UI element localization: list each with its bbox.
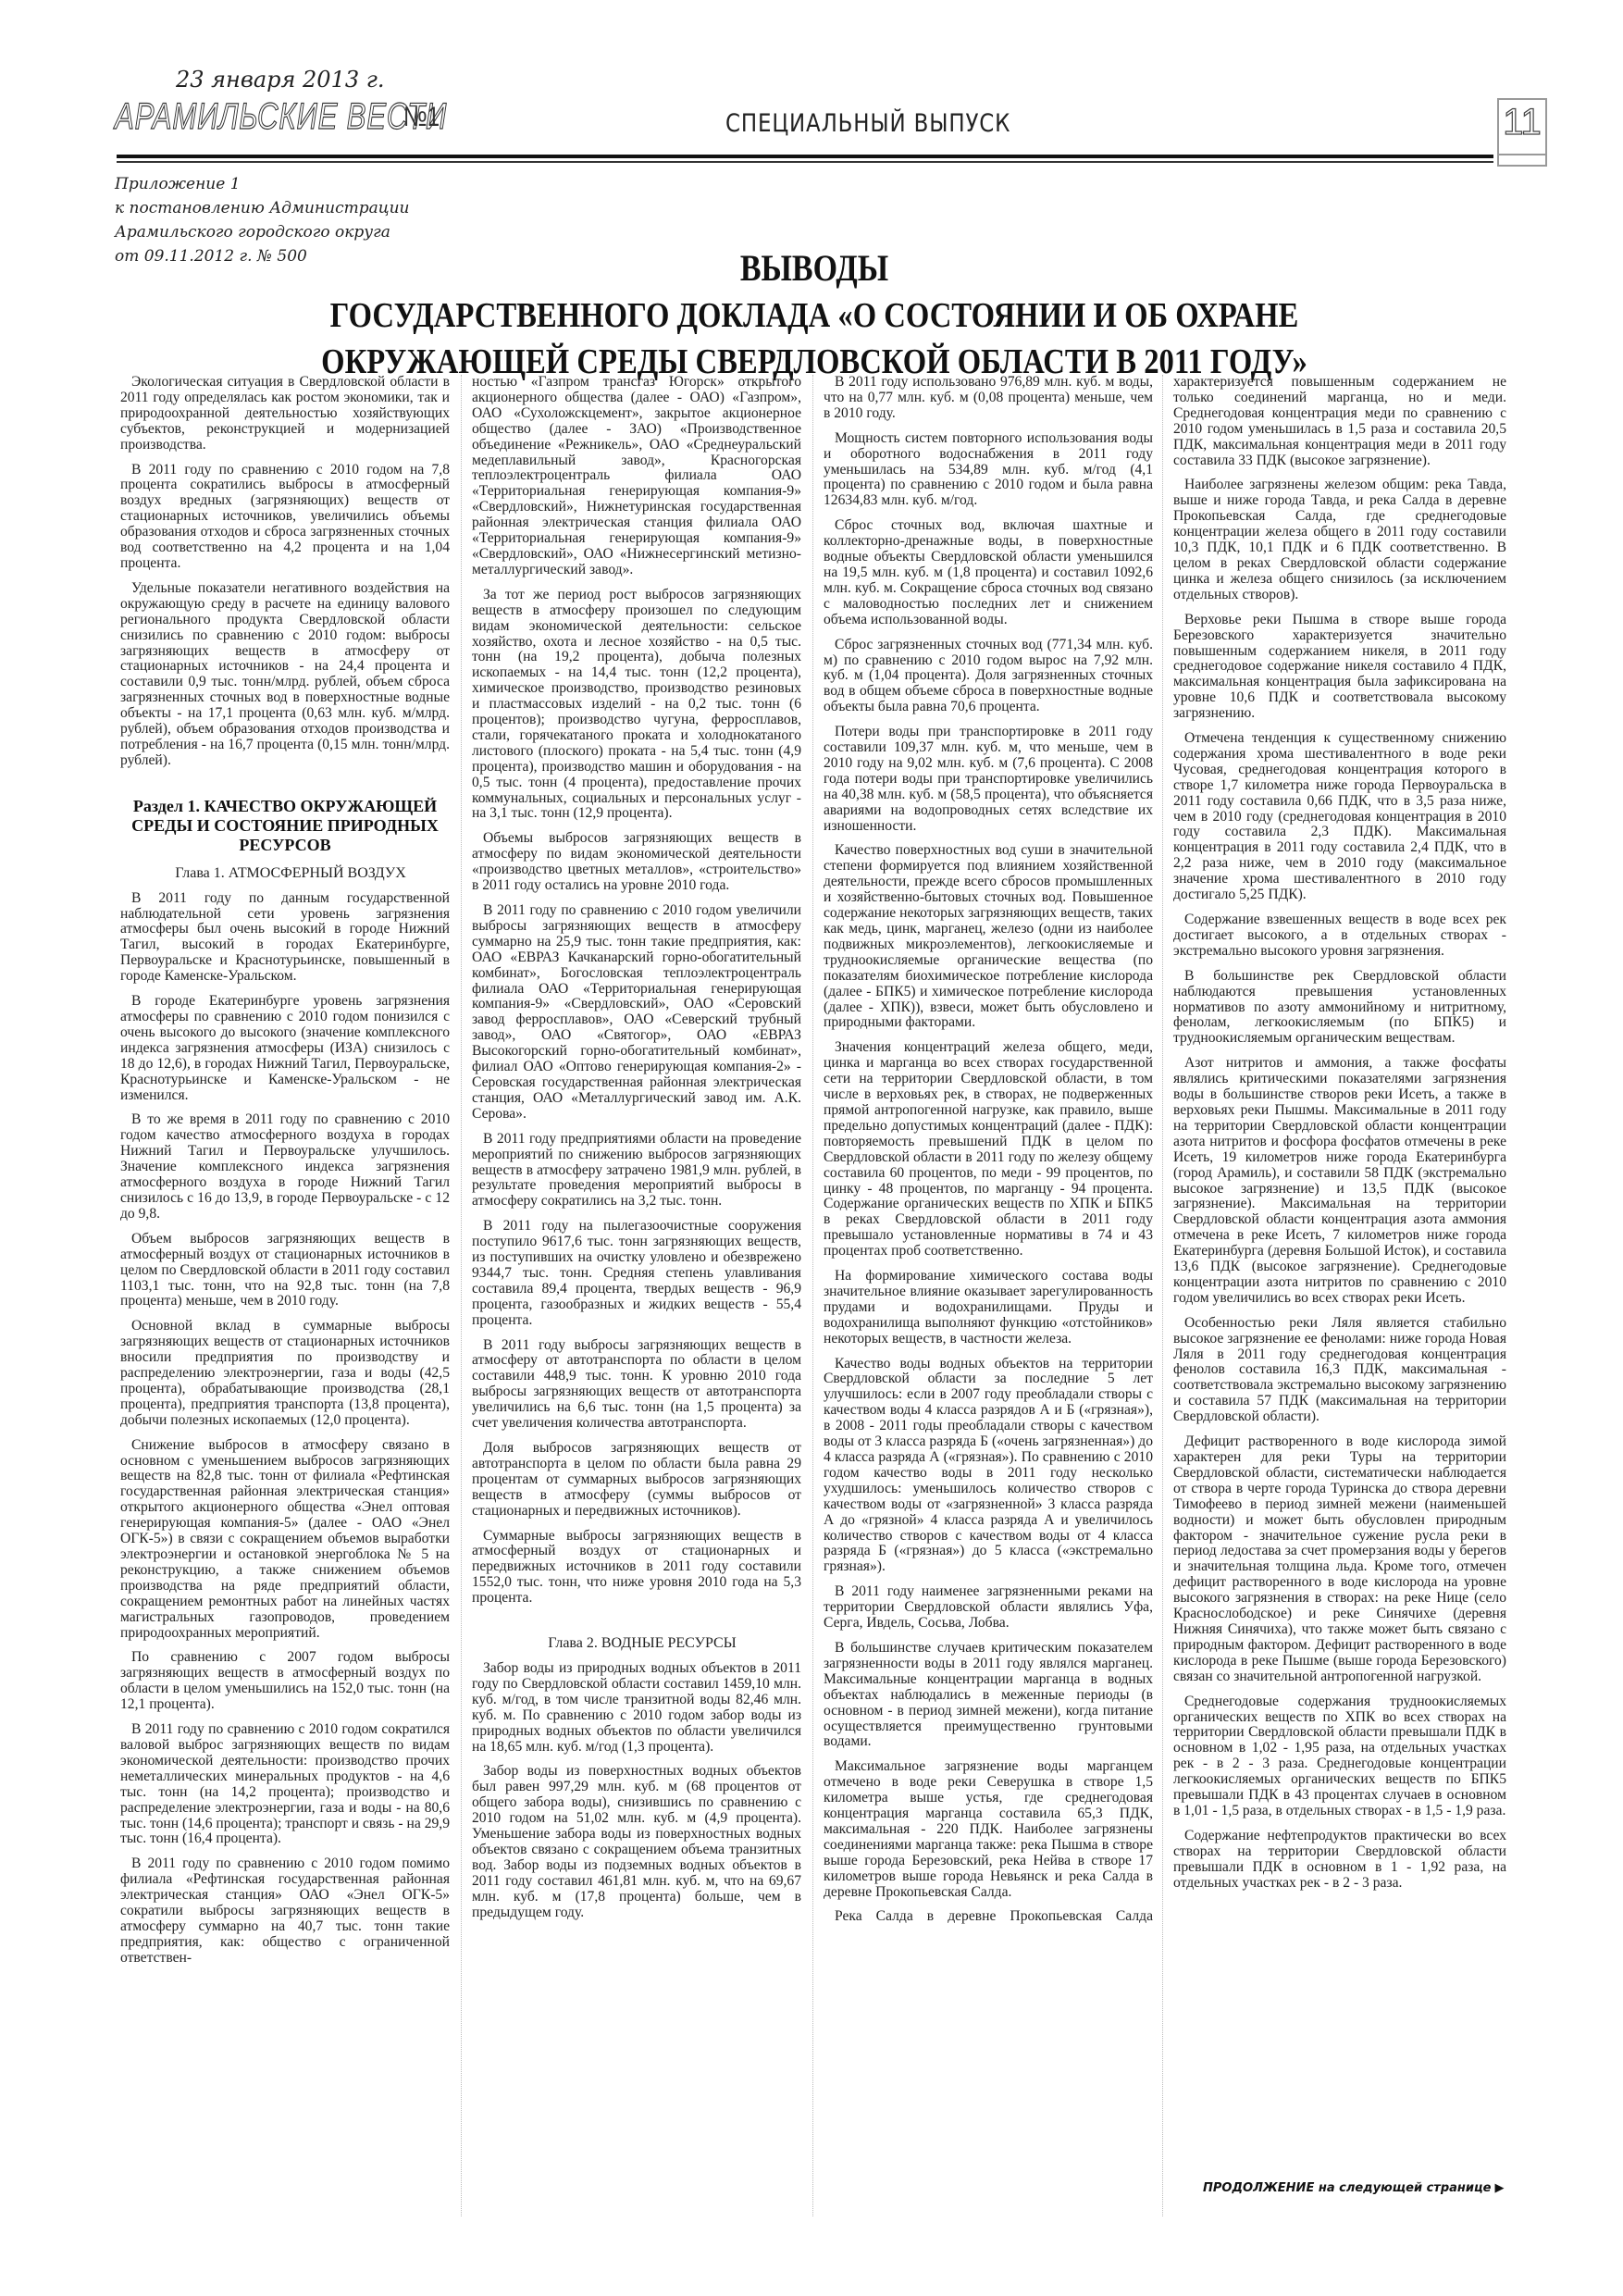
newspaper-page: 23 января 2013 г. АРАМИЛЬСКИЕ ВЕСТИ №1 С… [0, 0, 1623, 2296]
article-column-1: Экологическая ситуация в Свердловской об… [120, 375, 450, 1976]
paragraph: Верховье реки Пышма в створе выше города… [1173, 613, 1506, 722]
paragraph: Азот нитритов и аммония, а также фосфаты… [1173, 1056, 1506, 1307]
paragraph: В большинстве рек Свердловской области н… [1173, 969, 1506, 1048]
paragraph: Забор воды из поверхностных водных объек… [472, 1764, 801, 1920]
paragraph: В 2011 году по сравнению с 2010 годом со… [120, 1722, 450, 1847]
paragraph: Основной вклад в суммарные выбросы загря… [120, 1319, 450, 1428]
appendix-line: Приложение 1 [115, 172, 410, 196]
chapter-heading: Глава 1. АТМОСФЕРНЫЙ ВОЗДУХ [120, 866, 450, 882]
paragraph: Объемы выбросов загрязняющих веществ в а… [472, 831, 801, 894]
paragraph: Отмечена тенденция к существенному сниже… [1173, 731, 1506, 903]
paragraph: Особенностью реки Ляля является стабильн… [1173, 1316, 1506, 1425]
page-number-box: 11 [1497, 98, 1547, 155]
paragraph: Доля выбросов загрязняющих веществ от ав… [472, 1441, 801, 1520]
paragraph: ностью «Газпром трансгаз Югорск» открыто… [472, 375, 801, 578]
paragraph: В 2011 году по сравнению с 2010 годом ув… [472, 903, 801, 1123]
issue-date: 23 января 2013 г. [176, 67, 385, 93]
paragraph: В городе Екатеринбурге уровень загрязнен… [120, 994, 450, 1103]
paragraph: В 2011 году по сравнению с 2010 годом по… [120, 1856, 450, 1966]
paragraph: В то же время в 2011 году по сравнению с… [120, 1112, 450, 1222]
paragraph: Экологическая ситуация в Свердловской об… [120, 375, 450, 453]
paragraph: Качество воды водных объектов на террито… [824, 1357, 1153, 1576]
paragraph: Река Салда в деревне Прокопьевская Салда [824, 1909, 1153, 1925]
paragraph: Объем выбросов загрязняющих веществ в ат… [120, 1232, 450, 1310]
column-divider [812, 375, 813, 2216]
paragraph: За тот же период рост выбросов загрязняю… [472, 588, 801, 823]
paragraph: Забор воды из природных водных объектов … [472, 1661, 801, 1755]
article-column-2: ностью «Газпром трансгаз Югорск» открыто… [472, 375, 801, 1930]
header-rule-thin [117, 161, 1493, 163]
paragraph: Качество поверхностных вод суши в значит… [824, 843, 1153, 1031]
paragraph: Среднегодовые содержания трудноокисляемы… [1173, 1694, 1506, 1819]
issue-number: №1 [403, 102, 440, 133]
section-label: СПЕЦИАЛЬНЫЙ ВЫПУСК [725, 109, 1010, 138]
appendix-line: к постановлению Администрации [115, 196, 410, 220]
paragraph: В большинстве случаев критическим показа… [824, 1641, 1153, 1750]
article-column-4: характеризуется повышенным содержанием н… [1173, 375, 1506, 1900]
paragraph: Снижение выбросов в атмосферу связано в … [120, 1438, 450, 1642]
paragraph: Содержание нефтепродуктов практически во… [1173, 1829, 1506, 1892]
paragraph: В 2011 году наименее загрязненными рекам… [824, 1584, 1153, 1632]
paragraph: В 2011 году по данным государственной на… [120, 891, 450, 985]
triangle-right-icon: ▶ [1494, 2181, 1504, 2195]
paragraph: В 2011 году выбросы загрязняющих веществ… [472, 1338, 801, 1432]
title-line: ВЫВОДЫ [279, 244, 1349, 292]
page-number: 11 [1499, 102, 1545, 143]
paragraph: Дефицит растворенного в воде кислорода з… [1173, 1434, 1506, 1685]
paragraph: Значения концентраций железа общего, мед… [824, 1040, 1153, 1260]
masthead: 23 января 2013 г. АРАМИЛЬСКИЕ ВЕСТИ №1 С… [115, 65, 1530, 167]
section-heading: Раздел 1. КАЧЕСТВО ОКРУЖАЮЩЕЙ СРЕДЫ И СО… [120, 797, 450, 855]
column-divider [1162, 375, 1163, 2216]
paragraph: Удельные показатели негативного воздейст… [120, 581, 450, 769]
article-column-3: В 2011 году использовано 976,89 млн. куб… [824, 375, 1153, 1934]
column-divider [461, 375, 462, 2216]
paragraph: В 2011 году по сравнению с 2010 годом на… [120, 463, 450, 572]
appendix-line: Арамильского городского округа [115, 220, 410, 244]
paragraph: Содержание взвешенных веществ в воде все… [1173, 912, 1506, 960]
title-line: ГОСУДАРСТВЕННОГО ДОКЛАДА «О СОСТОЯНИИ И … [273, 292, 1356, 339]
paragraph: Сброс сточных вод, включая шахтные и кол… [824, 518, 1153, 627]
paragraph: В 2011 году предприятиями области на про… [472, 1132, 801, 1210]
continue-label: ПРОДОЛЖЕНИЕ на следующей странице [1203, 2181, 1491, 2195]
newspaper-title: АРАМИЛЬСКИЕ ВЕСТИ [115, 96, 447, 138]
chapter-heading: Глава 2. ВОДНЫЕ РЕСУРСЫ [472, 1636, 801, 1652]
paragraph: Сброс загрязненных сточных вод (771,34 м… [824, 638, 1153, 716]
paragraph: В 2011 году использовано 976,89 млн. куб… [824, 375, 1153, 422]
header-rule [117, 155, 1493, 158]
page-title: ВЫВОДЫ ГОСУДАРСТВЕННОГО ДОКЛАДА «О СОСТО… [185, 244, 1443, 385]
paragraph: Мощность систем повторного использования… [824, 431, 1153, 510]
paragraph: Наиболее загрязнены железом общим: река … [1173, 478, 1506, 602]
paragraph: По сравнению с 2007 годом выбросы загряз… [120, 1650, 450, 1713]
paragraph: Максимальное загрязнение воды марганцем … [824, 1759, 1153, 1900]
continued-next-page-link[interactable]: ПРОДОЛЖЕНИЕ на следующей странице▶ [1203, 2181, 1504, 2195]
paragraph: На формирование химического состава воды… [824, 1269, 1153, 1347]
paragraph: В 2011 году на пылегазоочистные сооружен… [472, 1219, 801, 1328]
paragraph: характеризуется повышенным содержанием н… [1173, 375, 1506, 468]
paragraph: Суммарные выбросы загрязняющих веществ в… [472, 1529, 801, 1607]
paragraph: Потери воды при транспортировке в 2011 г… [824, 725, 1153, 834]
